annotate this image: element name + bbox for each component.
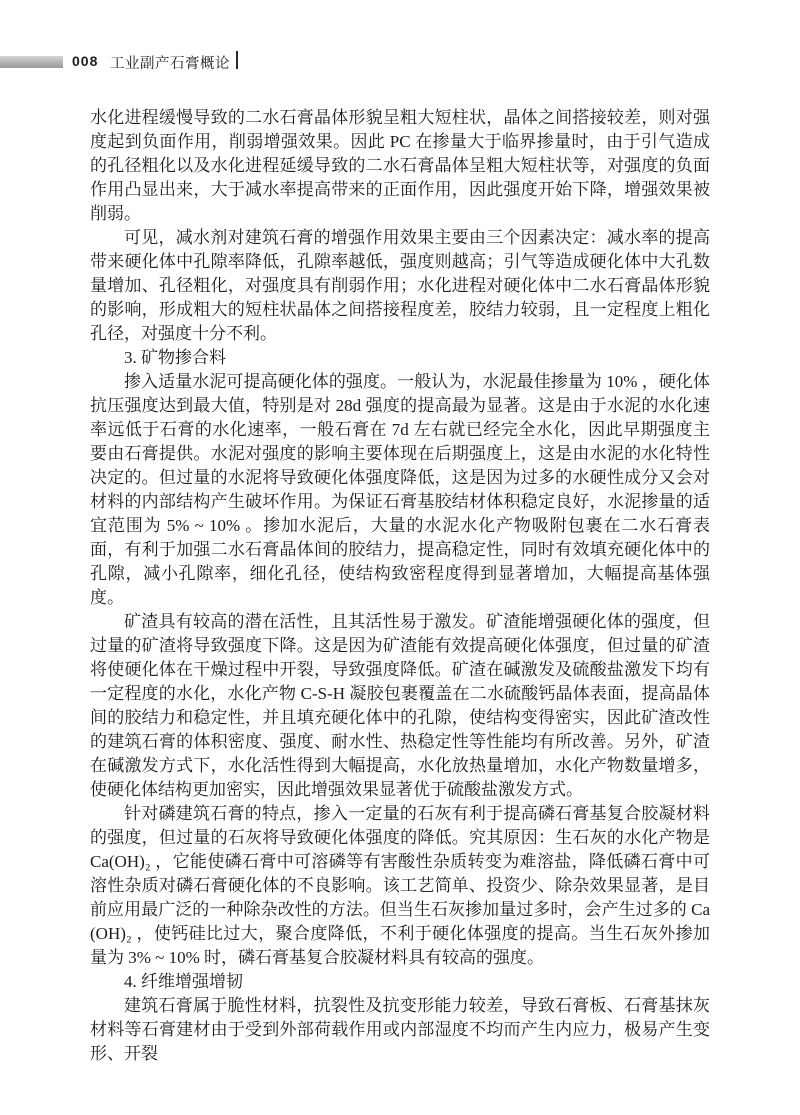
header-separator-rule <box>236 51 238 69</box>
paragraph: 掺入适量水泥可提高硬化体的强度。一般认为，水泥最佳掺量为 10% ，硬化体抗压强… <box>90 370 710 610</box>
paragraph: 矿渣具有较高的潜在活性，且其活性易于激发。矿渣能增强硬化体的强度，但过量的矿渣将… <box>90 610 710 802</box>
book-page: 008 工业副产石膏概论 水化进程缓慢导致的二水石膏晶体形貌呈粗大短柱状，晶体之… <box>0 0 800 1115</box>
section-heading-mineral-admixtures: 3. 矿物掺合料 <box>90 346 710 370</box>
paragraph: 可见，减水剂对建筑石膏的增强作用效果主要由三个因素决定：减水率的提高带来硬化体中… <box>90 226 710 346</box>
header-decorative-bar <box>0 56 63 68</box>
section-heading-fiber-reinforcement: 4. 纤维增强增韧 <box>90 970 710 994</box>
book-title: 工业副产石膏概论 <box>110 52 230 73</box>
paragraph: 建筑石膏属于脆性材料，抗裂性及抗变形能力较差，导致石膏板、石膏基抹灰材料等石膏建… <box>90 994 710 1066</box>
paragraph-continued: 水化进程缓慢导致的二水石膏晶体形貌呈粗大短柱状，晶体之间搭接较差，则对强度起到负… <box>90 106 710 226</box>
paragraph: 针对磷建筑石膏的特点，掺入一定量的石灰有利于提高磷石膏基复合胶凝材料的强度，但过… <box>90 802 710 970</box>
body-text-column: 水化进程缓慢导致的二水石膏晶体形貌呈粗大短柱状，晶体之间搭接较差，则对强度起到负… <box>90 106 710 1066</box>
page-number: 008 <box>72 53 98 69</box>
running-header: 008 工业副产石膏概论 <box>0 50 800 76</box>
